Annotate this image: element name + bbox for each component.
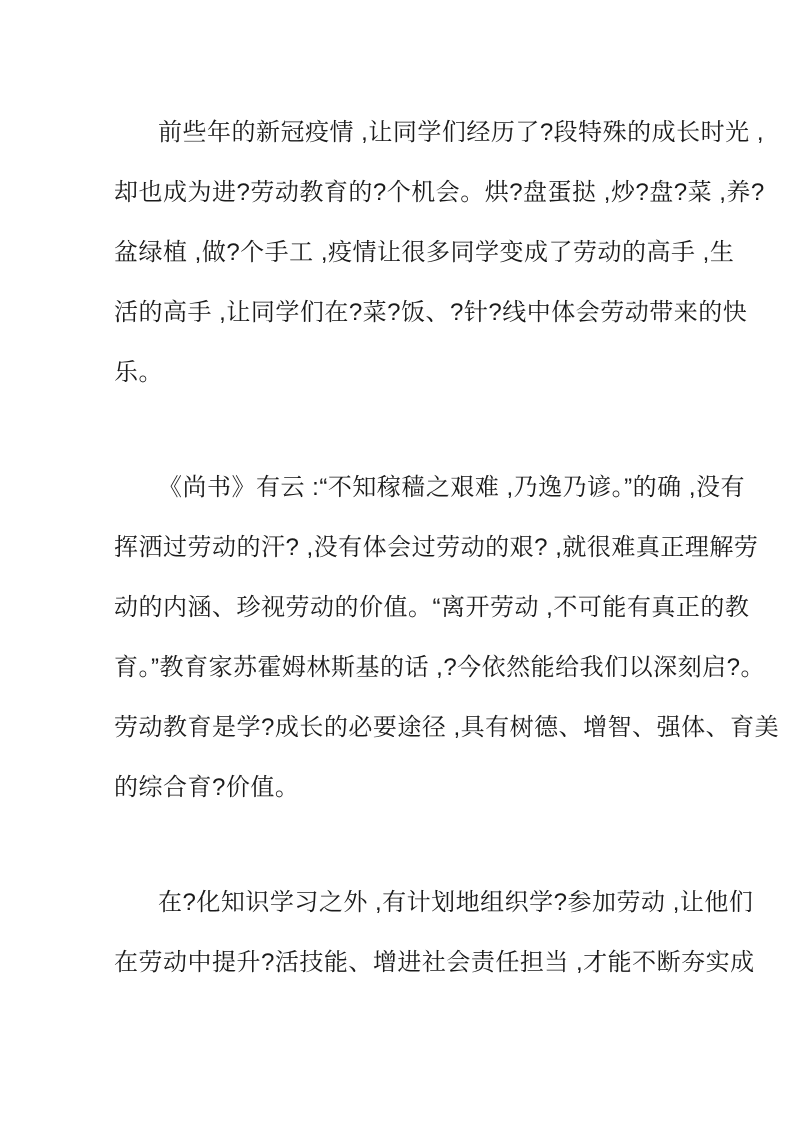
paragraph-shangshu-quote: 《尚书》有云 :“不知稼穑之艰难 ,乃逸乃谚。”的确 ,没有 挥洒过劳动的汗? …	[114, 458, 693, 818]
text-line: 的综合育?价值。	[114, 758, 693, 818]
text-line: 育。”教育家苏霍姆林斯基的话 ,?今依然能给我们以深刻启?。	[114, 638, 693, 698]
text-line: 劳动教育是学?成长的必要途径 ,具有树德、增智、强体、育美	[114, 698, 693, 758]
text-line: 在劳动中提升?活技能、增进社会责任担当 ,才能不断夯实成	[114, 933, 693, 993]
text-line: 挥洒过劳动的汗? ,没有体会过劳动的艰? ,就很难真正理解劳	[114, 518, 693, 578]
text-line: 动的内涵、珍视劳动的价值。“离开劳动 ,不可能有真正的教	[114, 578, 693, 638]
text-line: 却也成为进?劳动教育的?个机会。烘?盘蛋挞 ,炒?盘?菜 ,养?	[114, 163, 693, 223]
text-line: 前些年的新冠疫情 ,让同学们经历了?段特殊的成长时光 ,	[114, 103, 693, 163]
text-line: 《尚书》有云 :“不知稼穑之艰难 ,乃逸乃谚。”的确 ,没有	[114, 458, 693, 518]
paragraph-covid-labor-education: 前些年的新冠疫情 ,让同学们经历了?段特殊的成长时光 , 却也成为进?劳动教育的…	[114, 103, 693, 403]
document-page: 前些年的新冠疫情 ,让同学们经历了?段特殊的成长时光 , 却也成为进?劳动教育的…	[0, 0, 793, 1122]
text-line: 在?化知识学习之外 ,有计划地组织学?参加劳动 ,让他们	[114, 873, 693, 933]
text-line: 盆绿植 ,做?个手工 ,疫情让很多同学变成了劳动的高手 ,生	[114, 223, 693, 283]
paragraph-organized-labor: 在?化知识学习之外 ,有计划地组织学?参加劳动 ,让他们 在劳动中提升?活技能、…	[114, 873, 693, 993]
text-line: 乐。	[114, 343, 693, 403]
text-line: 活的高手 ,让同学们在?菜?饭、?针?线中体会劳动带来的快	[114, 283, 693, 343]
